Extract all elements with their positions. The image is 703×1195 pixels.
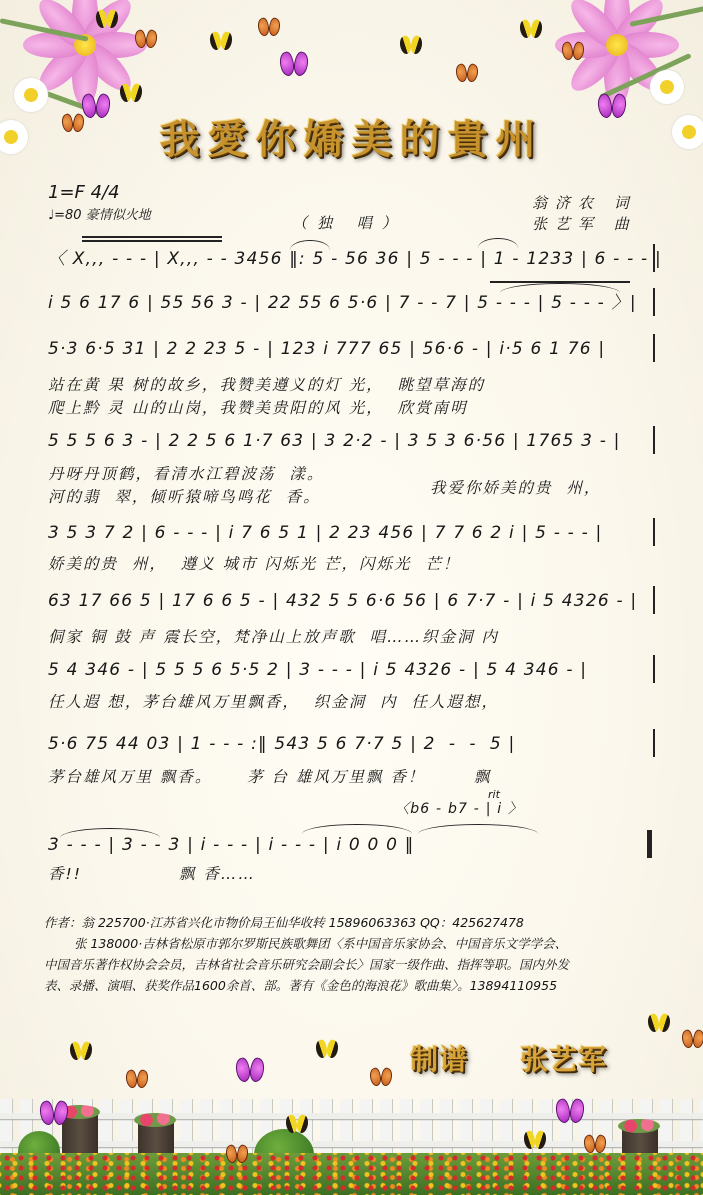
garden-scene xyxy=(0,1095,703,1195)
score-row: 5·6 75 44 03 | 1 - - - :‖ 543 5 6 7·7 5 … xyxy=(48,731,515,757)
butterfly-icon xyxy=(280,52,308,78)
butterfly-icon xyxy=(96,10,118,30)
score-row: 3 5 3 7 2 | 6 - - - | i 7 6 5 1 | 2 23 4… xyxy=(48,520,602,546)
notation-author: 张艺军 xyxy=(520,1038,607,1078)
flower-decoration-left xyxy=(80,40,90,50)
butterfly-icon xyxy=(456,64,478,84)
barline xyxy=(653,518,655,546)
notation-label: 制谱 xyxy=(410,1038,468,1078)
slur xyxy=(290,240,330,250)
lyric-line: 茅台雄风万里 飘香。 茅 台 雄风万里飘 香！ 飘 xyxy=(48,765,491,787)
butterfly-icon xyxy=(682,1030,703,1050)
ossia-passage: 〈b6 - b7 - | i 〉 xyxy=(395,796,523,822)
composer-credit: 张艺军 曲 xyxy=(532,213,637,234)
score-row: 〈 X‚‚‚ - - - | X‚‚‚ - - 3456 ‖: 5 - 56 3… xyxy=(48,246,662,272)
score-row: 5·3 6·5 31 | 2 2 23 5 - | 123 i 777 65 |… xyxy=(48,336,605,362)
butterfly-icon xyxy=(584,1135,606,1155)
final-barline xyxy=(647,830,652,858)
barline xyxy=(653,334,655,362)
sfp-bar xyxy=(82,240,222,242)
butterfly-icon xyxy=(370,1068,392,1088)
bio-line: 表、录播、演唱、获奖作品1600余首、部。著有《金色的海浪花》歌曲集〉。1389… xyxy=(44,975,674,996)
score-row: i 5 6 17 6 | 55 56 3 - | 22 55 6 5·6 | 7… xyxy=(48,290,637,316)
slur xyxy=(478,238,518,248)
lyric-line: 香!! 飘 香…… xyxy=(48,862,256,884)
tempo-marking: ♩=80 豪情似火地 xyxy=(48,204,151,223)
bio-line: 作者：翁 225700·江苏省兴化市物价局王仙华收转 15896063363 Q… xyxy=(44,912,674,933)
rit-marking: rit xyxy=(488,788,500,801)
flower-bed xyxy=(0,1153,703,1195)
barline xyxy=(653,655,655,683)
butterfly-icon xyxy=(126,1070,148,1090)
daisy-decoration xyxy=(650,70,684,104)
butterfly-icon xyxy=(236,1058,264,1084)
lyric-verse-2: 爬上黔 灵 山的山岗，我赞美贵阳的风 光， 欣赏南明 xyxy=(48,396,468,418)
barline xyxy=(653,586,655,614)
flower-decoration-right xyxy=(612,40,622,50)
butterfly-icon xyxy=(258,18,280,38)
butterfly-icon xyxy=(286,1115,308,1135)
lyricist-credit: 翁济农 词 xyxy=(532,192,637,213)
song-title: 我愛你嬌美的貴州 xyxy=(0,108,703,165)
barline xyxy=(653,244,655,272)
bio-line: 中国音乐著作权协会会员，吉林省社会音乐研究会副会长〉国家一级作曲、指挥等职。国内… xyxy=(44,954,674,975)
butterfly-icon xyxy=(400,36,422,56)
key-signature: 1=F 4/4 xyxy=(48,182,120,203)
score-row: 63 17 66 5 | 17 6 6 5 - | 432 5 5 6·6 56… xyxy=(48,588,637,614)
lyric-line: 娇美的贵 州， 遵义 城市 闪烁光 芒，闪烁光 芒！ xyxy=(48,552,460,574)
slur xyxy=(418,824,538,834)
butterfly-icon xyxy=(210,32,232,52)
butterfly-icon xyxy=(556,1099,584,1125)
bio-line: 张 138000·吉林省松原市郭尔罗斯民族歌舞团〈系中国音乐家协会、中国音乐文学… xyxy=(44,933,674,954)
butterfly-icon xyxy=(562,42,584,62)
fence-rail xyxy=(0,1113,703,1119)
score-row: 5 4 346 - | 5 5 5 6 5·5 2 | 3 - - - | i … xyxy=(48,657,587,683)
lyric-verse-1: 丹呀丹顶鹤，看清水江碧波荡 漾。 xyxy=(48,462,324,484)
daisy-decoration xyxy=(14,78,48,112)
lyric-verse-1: 站在黄 果 树的故乡，我赞美遵义的灯 光， 眺望草海的 xyxy=(48,373,485,395)
potted-flowers xyxy=(134,1113,176,1127)
barline xyxy=(653,288,655,316)
lyric-line: 侗家 铜 鼓 声 震长空，梵净山上放声歌 唱……织金洞 内 xyxy=(48,625,499,647)
slur xyxy=(302,824,412,834)
butterfly-icon xyxy=(226,1145,248,1165)
slur xyxy=(500,283,620,293)
lyric-line: 任人遐 想，茅台雄风万里飘香， 织金洞 内 任人遐想， xyxy=(48,690,499,712)
sfp-bar xyxy=(82,236,222,238)
slur xyxy=(60,828,160,838)
barline xyxy=(653,729,655,757)
refrain-lyric: 我爱你娇美的贵 州， xyxy=(430,476,601,498)
performance-note: （独 唱） xyxy=(292,212,407,233)
barline xyxy=(653,426,655,454)
potted-flowers xyxy=(618,1119,660,1133)
butterfly-icon xyxy=(520,20,542,40)
score-row: 5 5 5 6 3 - | 2 2 5 6 1·7 63 | 3 2·2 - |… xyxy=(48,428,621,454)
butterfly-icon xyxy=(316,1040,338,1060)
butterfly-icon xyxy=(120,84,142,104)
butterfly-icon xyxy=(135,30,157,50)
butterfly-icon xyxy=(40,1101,68,1127)
butterfly-icon xyxy=(524,1131,546,1151)
lyric-verse-2: 河的翡 翠，倾听猿啼鸟鸣花 香。 xyxy=(48,485,321,507)
butterfly-icon xyxy=(648,1014,670,1034)
butterfly-icon xyxy=(70,1042,92,1062)
author-bio: 作者：翁 225700·江苏省兴化市物价局王仙华收转 15896063363 Q… xyxy=(44,912,674,996)
